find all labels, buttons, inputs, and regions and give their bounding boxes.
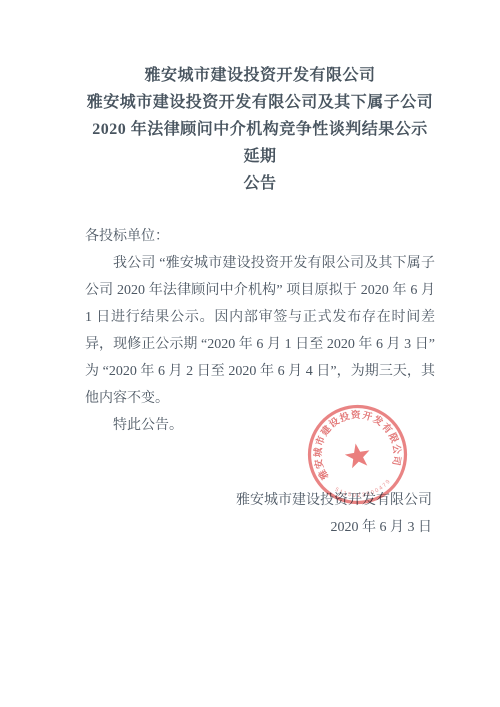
document-title: 雅安城市建设投资开发有限公司 雅安城市建设投资开发有限公司及其下属子公司 202…: [0, 0, 500, 197]
title-line-2: 雅安城市建设投资开发有限公司及其下属子公司: [85, 89, 435, 116]
document-page: 雅安城市建设投资开发有限公司 雅安城市建设投资开发有限公司及其下属子公司 202…: [0, 0, 500, 707]
signature-date: 2020 年 6 月 3 日: [0, 514, 432, 541]
star-icon: [343, 441, 372, 469]
salutation: 各投标单位：: [85, 223, 435, 250]
title-line-1: 雅安城市建设投资开发有限公司: [85, 62, 435, 89]
title-line-3: 2020 年法律顾问中介机构竞争性谈判结果公示延期: [85, 116, 435, 170]
closing-line: 特此公告。: [85, 412, 435, 439]
document-body: 各投标单位： 我公司 “雅安城市建设投资开发有限公司及其下属子公司 2020 年…: [0, 223, 500, 439]
title-line-4: 公告: [85, 170, 435, 197]
signature-block: 雅安城市建设投资开发有限公司 2020 年 6 月 3 日: [0, 487, 500, 541]
body-paragraph: 我公司 “雅安城市建设投资开发有限公司及其下属子公司 2020 年法律顾问中介机…: [85, 250, 435, 412]
signature-company: 雅安城市建设投资开发有限公司: [0, 487, 432, 514]
